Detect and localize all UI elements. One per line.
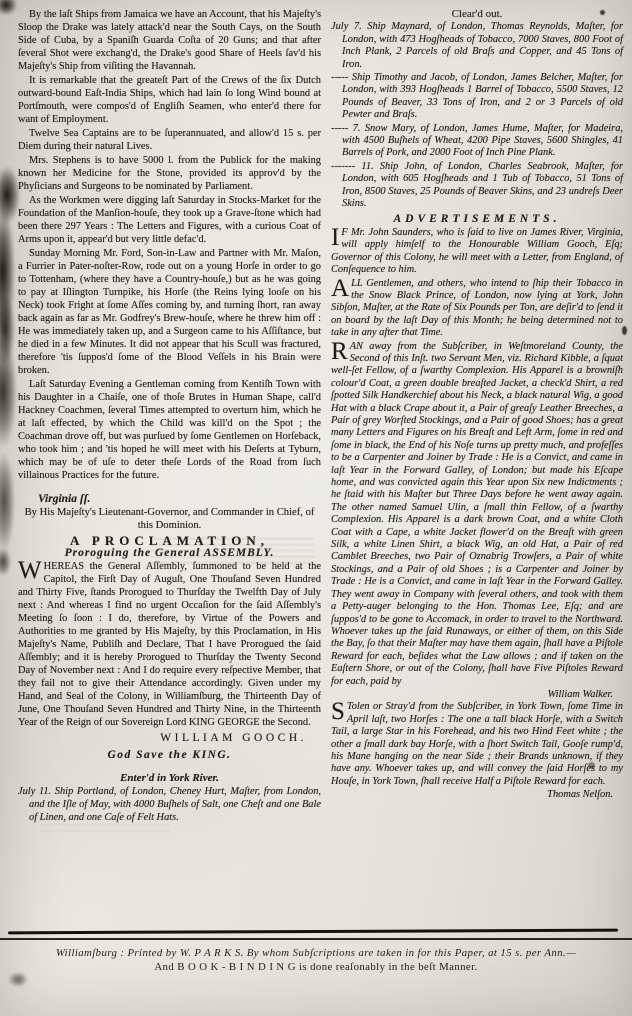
entered-york-river-heading: Enter'd in York River. <box>18 772 321 785</box>
show-through-text <box>150 538 315 564</box>
ink-smudge <box>8 972 28 987</box>
news-paragraph-sea-captains: Twelve Sea Captains are to be ſuperannua… <box>18 127 321 153</box>
ink-speck <box>600 10 605 15</box>
news-paragraph-hackney-coachman: Laſt Saturday Evening a Gentleman coming… <box>18 378 321 482</box>
left-column: By the laſt Ships from Jamaica we have a… <box>18 8 321 825</box>
ink-smudge <box>0 0 17 15</box>
proclamation-body: WHEREAS the General Aſſembly, ſummoned t… <box>18 560 321 729</box>
printer-imprint: Williamſburg : Printed by W. P A R K S. … <box>6 946 626 974</box>
advertisement-saunders-letter: IF Mr. John Saunders, who is ſaid to liv… <box>331 227 623 277</box>
advertisement-runaway-servants: RAN away from the Subſcriber, in Weſtmor… <box>331 341 623 688</box>
ink-speck <box>622 326 627 335</box>
news-paragraph-dutch-ships: It is remarkable that the greateſt Part … <box>18 74 321 126</box>
news-paragraph-mrs-stephens: Mrs. Stephens is to have 5000 l. from th… <box>18 154 321 193</box>
news-paragraph-ford-accident: Sunday Morning Mr. Ford, Son-in-Law and … <box>18 247 321 377</box>
imprint-line-1: Williamſburg : Printed by W. P A R K S. … <box>6 946 626 960</box>
cleared-item: July 7. Ship Maynard, of London, Thomas … <box>331 21 623 71</box>
advertisement-black-prince-tobacco: ALL Gentlemen, and others, who intend to… <box>331 278 623 340</box>
news-paragraph-jamaica: By the laſt Ships from Jamaica we have a… <box>18 8 321 73</box>
virginia-heading: Virginia ſſ. <box>18 493 321 506</box>
ink-smudge <box>0 336 17 448</box>
ink-speck <box>588 762 595 769</box>
advertisement-stolen-horses: STolen or Stray'd from the Subſcriber, i… <box>331 701 623 788</box>
ink-smudge <box>0 452 15 552</box>
cleared-item: ------- 11. Ship John, of London, Charle… <box>331 161 623 211</box>
news-paragraph-gravestone: As the Workmen were digging laſt Saturda… <box>18 194 321 246</box>
cleared-out-heading: Clear'd out. <box>331 8 623 20</box>
governor-signature: WILLIAM GOOCH. <box>18 732 321 745</box>
ink-smudge <box>0 548 11 576</box>
cleared-item: ----- 7. Snow Mary, of London, James Hum… <box>331 123 623 160</box>
horses-ad-signature: Thomas Nelſon. <box>331 789 623 801</box>
newspaper-page: By the laſt Ships from Jamaica we have a… <box>0 0 632 1016</box>
god-save-the-king-line: God Save the KING. <box>18 749 321 762</box>
runaways-ad-signature: William Walker. <box>331 689 623 701</box>
imprint-rule-thin <box>0 938 632 940</box>
governor-line: By His Majeſty's Lieutenant-Governor, an… <box>18 506 321 532</box>
advertisements-heading: ADVERTISEMENTS. <box>331 213 623 225</box>
cleared-item: ----- Ship Timothy and Jacob, of London,… <box>331 72 623 122</box>
imprint-rule-thick <box>8 929 618 935</box>
imprint-line-2: And B O O K - B I N D I N G is done reaſ… <box>6 960 626 974</box>
right-column: Clear'd out. July 7. Ship Maynard, of Lo… <box>331 8 623 802</box>
show-through-text <box>40 818 170 834</box>
